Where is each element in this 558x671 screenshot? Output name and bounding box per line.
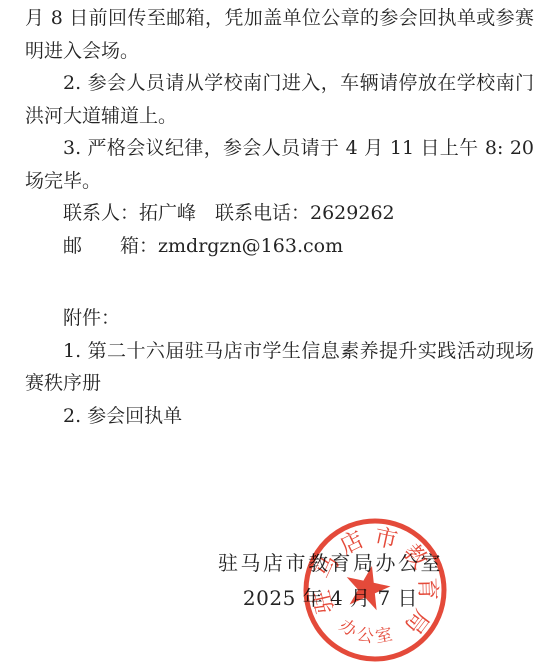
signature-date: 2025 年 4 月 7 日 [218,586,443,610]
body-line: 3. 严格会议纪律，参会人员请于 4 月 11 日上午 8: 20 前入 [25,132,534,165]
seal-bottom-text: 办公室 [334,614,398,652]
body-line: 联系人：拓广峰 联系电话：2629262 [25,197,534,230]
seal-char: 公 [355,624,376,647]
signature-org: 驻马店市教育局办公室 [218,551,443,575]
body-line: 1. 第二十六届驻马店市学生信息素养提升实践活动现场 [25,335,534,368]
signature-block: 驻马店市教育局办公室 2025 年 4 月 7 日 [218,551,443,610]
document-page: 月 8 日前回传至邮箱，凭加盖单位公章的参会回执单或参赛证明进入会场。2. 参会… [0,0,558,671]
body-line: 附件： [25,302,534,335]
seal-char: 室 [374,625,395,648]
body-line: 明进入会场。 [25,35,534,68]
body-line: 赛秩序册 [25,367,534,400]
seal-char: 市 [372,524,400,554]
seal-char: 办 [335,615,361,642]
body-line: 2. 参会人员请从学校南门进入，车辆请停放在学校南门外 [25,67,534,100]
body-line: 月 8 日前回传至邮箱，凭加盖单位公章的参会回执单或参赛证 [25,2,534,35]
body-line: 邮 箱：zmdrgzn@163.com [25,230,534,263]
document-body: 月 8 日前回传至邮箱，凭加盖单位公章的参会回执单或参赛证明进入会场。2. 参会… [25,2,534,432]
body-line: 2. 参会回执单 [25,400,534,433]
body-line: 场完毕。 [25,165,534,198]
body-line: 洪河大道辅道上。 [25,100,534,133]
